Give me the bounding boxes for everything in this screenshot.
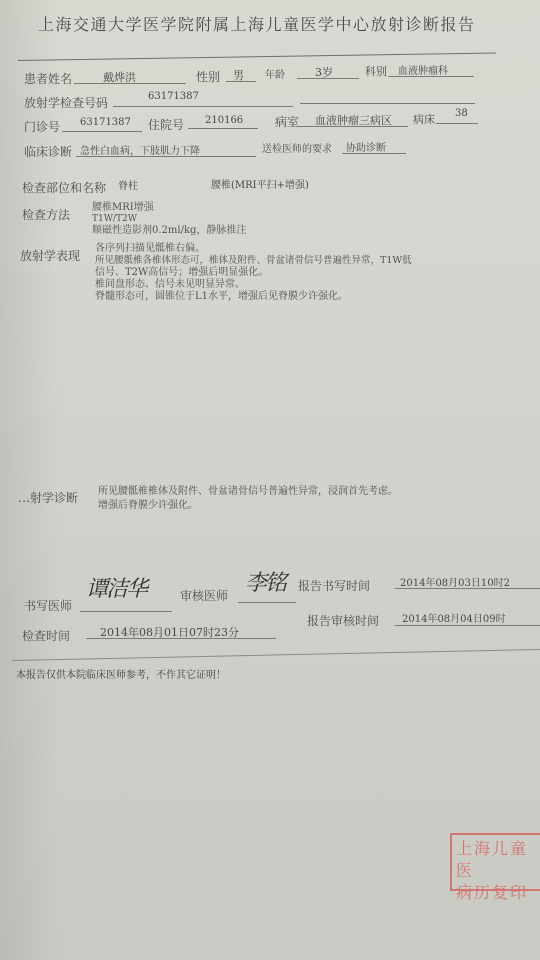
report-page: 上海交通大学医学院附属上海儿童医学中心放射诊断报告 患者姓名 戴烨洪 性别 男 … bbox=[0, 0, 540, 960]
inpatient-no-value: 210166 bbox=[205, 115, 243, 126]
bed-value: 38 bbox=[455, 108, 468, 119]
report-review-label: 报告审核时间 bbox=[307, 612, 379, 629]
inpatient-no-underline bbox=[188, 128, 258, 129]
request-underline bbox=[342, 153, 406, 154]
findings-line-3: 信号、T2W高信号；增强后明显强化。 bbox=[95, 267, 268, 279]
findings-line-5: 脊髓形态可，圆锥位于L1水平，增强后见脊膜少许强化。 bbox=[95, 291, 348, 303]
findings-line-1: 各序列扫描见骶椎右偏。 bbox=[95, 243, 205, 255]
clinical-dx-underline bbox=[76, 156, 256, 157]
exam-time-underline bbox=[86, 638, 276, 639]
patient-name-label: 患者姓名 bbox=[24, 70, 72, 87]
patient-name-underline bbox=[74, 83, 186, 84]
exam-site-detail: 腰椎(MRI平扫+增强) bbox=[211, 176, 309, 191]
exam-method-label: 检查方法 bbox=[22, 206, 70, 223]
exam-method-line-3: 顺磁性造影剂0.2ml/kg，静脉推注 bbox=[92, 225, 246, 237]
outpatient-no-label: 门诊号 bbox=[24, 118, 60, 135]
disclaimer: 本报告仅供本院临床医师参考，不作其它证明！ bbox=[16, 666, 226, 681]
findings-label: 放射学表现 bbox=[20, 247, 80, 264]
bed-underline bbox=[436, 123, 478, 124]
report-review-time: 2014年08月04日09时 bbox=[402, 610, 506, 625]
dept-underline bbox=[388, 76, 474, 77]
dept-value: 血液肿瘤科 bbox=[398, 62, 448, 77]
sex-underline bbox=[226, 81, 256, 82]
stamp-line-1: 上海儿童医 bbox=[456, 838, 540, 882]
exam-no-underline bbox=[113, 106, 293, 107]
clinical-dx-label: 临床诊断 bbox=[24, 143, 72, 160]
title-divider bbox=[18, 52, 496, 61]
exam-no-label: 放射学检查号码 bbox=[24, 94, 108, 111]
signoff-divider bbox=[12, 649, 540, 661]
ward-label: 病室 bbox=[275, 113, 299, 130]
age-underline bbox=[297, 78, 359, 79]
stamp-line-2: 病历复印 bbox=[456, 882, 540, 904]
inpatient-no-label: 住院号 bbox=[148, 116, 184, 133]
reviewer-label: 审核医师 bbox=[180, 587, 228, 604]
medical-record-stamp: 上海儿童医 病历复印 bbox=[450, 833, 540, 891]
request-value: 协助诊断 bbox=[346, 139, 386, 154]
writer-underline bbox=[80, 611, 172, 612]
diagnosis-line-2: 增强后脊膜少许强化。 bbox=[98, 500, 198, 512]
findings-line-2: 所见腰骶椎各椎体形态可，椎体及附件、骨盆诸骨信号普遍性异常，T1W低 bbox=[95, 255, 412, 267]
age-label: 年龄 bbox=[265, 66, 285, 81]
diagnosis-label: …射学诊断 bbox=[18, 489, 78, 506]
exam-site-label: 检查部位和名称 bbox=[22, 179, 106, 196]
exam-method-line-2: T1W/T2W bbox=[92, 213, 137, 225]
clinical-dx-value: 急性白血病，下肢肌力下降 bbox=[80, 142, 200, 157]
ward-underline bbox=[298, 126, 408, 127]
exam-no-underline-extra bbox=[300, 103, 475, 104]
request-label: 送检医师的要求 bbox=[262, 140, 332, 155]
outpatient-no-value: 63171387 bbox=[80, 117, 131, 128]
diagnosis-line-1: 所见腰骶椎椎体及附件、骨盆诸骨信号普遍性异常，浸润首先考虑。 bbox=[98, 486, 398, 498]
writer-label: 书写医师 bbox=[24, 597, 72, 614]
reviewer-signature: 李铭 bbox=[245, 566, 285, 597]
writer-signature: 谭洁华 bbox=[86, 572, 146, 603]
bed-label: 病床 bbox=[413, 111, 435, 127]
exam-site-value: 脊柱 bbox=[118, 177, 138, 192]
exam-no-value: 63171387 bbox=[148, 91, 199, 102]
report-written-label: 报告书写时间 bbox=[298, 577, 370, 594]
outpatient-no-underline bbox=[62, 131, 142, 132]
reviewer-underline bbox=[238, 602, 296, 603]
report-written-underline bbox=[395, 588, 540, 589]
report-written-time: 2014年08月03日10时2 bbox=[400, 574, 510, 589]
dept-label: 科别 bbox=[365, 63, 387, 79]
sex-label: 性别 bbox=[196, 68, 220, 85]
findings-line-4: 椎间盘形态、信号未见明显异常。 bbox=[95, 279, 245, 291]
report-review-underline bbox=[395, 625, 540, 626]
report-title: 上海交通大学医学院附属上海儿童医学中心放射诊断报告 bbox=[38, 12, 476, 35]
exam-time-label: 检查时间 bbox=[22, 627, 70, 644]
